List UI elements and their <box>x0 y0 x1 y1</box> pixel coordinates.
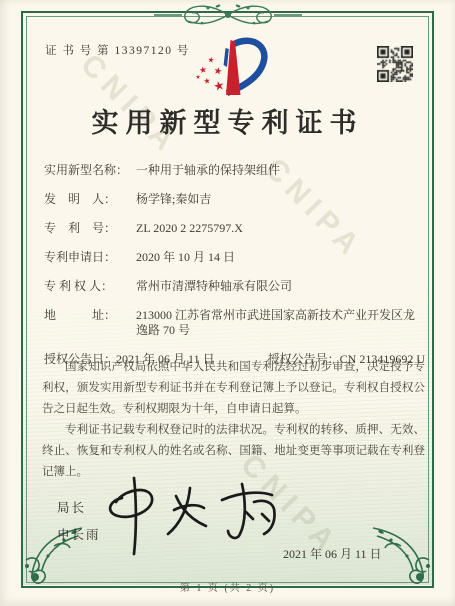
field-address: 地 址： 213000 江苏省常州市武进国家高新技术产业开发区龙逸路 70 号 <box>44 308 425 338</box>
field-label: 专 利 号： <box>44 221 136 236</box>
cnipa-logo <box>190 36 270 102</box>
patent-certificate-page: CNIPA CNIPA CNIPA 证 书 号 第 13397120 号 实用新… <box>0 0 455 606</box>
field-list: 实用新型名称： 一种用于轴承的保持架组件 发 明 人： 杨学锋;秦如吉 专 利 … <box>44 163 425 381</box>
legal-paragraph-1: 国家知识产权局依照中华人民共和国专利法经过初步审查，决定授予专利权，颁发实用新型… <box>42 357 425 420</box>
field-label: 发 明 人： <box>44 192 136 207</box>
field-inventor: 发 明 人： 杨学锋;秦如吉 <box>44 192 425 207</box>
field-filing-date: 专利申请日： 2020 年 10 月 14 日 <box>44 250 425 265</box>
top-ornament-flourish <box>152 1 304 29</box>
field-patent-number: 专 利 号： ZL 2020 2 2275797.X <box>44 221 425 236</box>
certificate-number: 证 书 号 第 13397120 号 <box>45 42 190 58</box>
field-value: 杨学锋;秦如吉 <box>136 192 425 207</box>
field-label: 专利申请日： <box>44 250 136 265</box>
field-utility-model-name: 实用新型名称： 一种用于轴承的保持架组件 <box>44 163 425 178</box>
field-label: 实用新型名称： <box>44 163 136 178</box>
field-label: 专 利 权 人： <box>44 279 136 294</box>
page-number: 第 1 页 (共 2 页) <box>0 579 455 594</box>
field-value: ZL 2020 2 2275797.X <box>136 221 425 236</box>
qr-code <box>377 46 413 82</box>
legal-text: 国家知识产权局依照中华人民共和国专利法经过初步审查，决定授予专利权，颁发实用新型… <box>42 357 425 483</box>
certificate-title: 实用新型专利证书 <box>0 101 455 140</box>
field-label: 地 址： <box>44 308 136 338</box>
director-signature <box>88 468 298 560</box>
field-value: 一种用于轴承的保持架组件 <box>136 163 425 178</box>
issue-date: 2021 年 06 月 11 日 <box>283 545 382 562</box>
field-value: 213000 江苏省常州市武进国家高新技术产业开发区龙逸路 70 号 <box>136 308 425 338</box>
field-value: 2020 年 10 月 14 日 <box>136 250 425 265</box>
field-patentee: 专 利 权 人： 常州市清潭特种轴承有限公司 <box>44 279 425 294</box>
field-value: 常州市清潭特种轴承有限公司 <box>136 279 425 294</box>
